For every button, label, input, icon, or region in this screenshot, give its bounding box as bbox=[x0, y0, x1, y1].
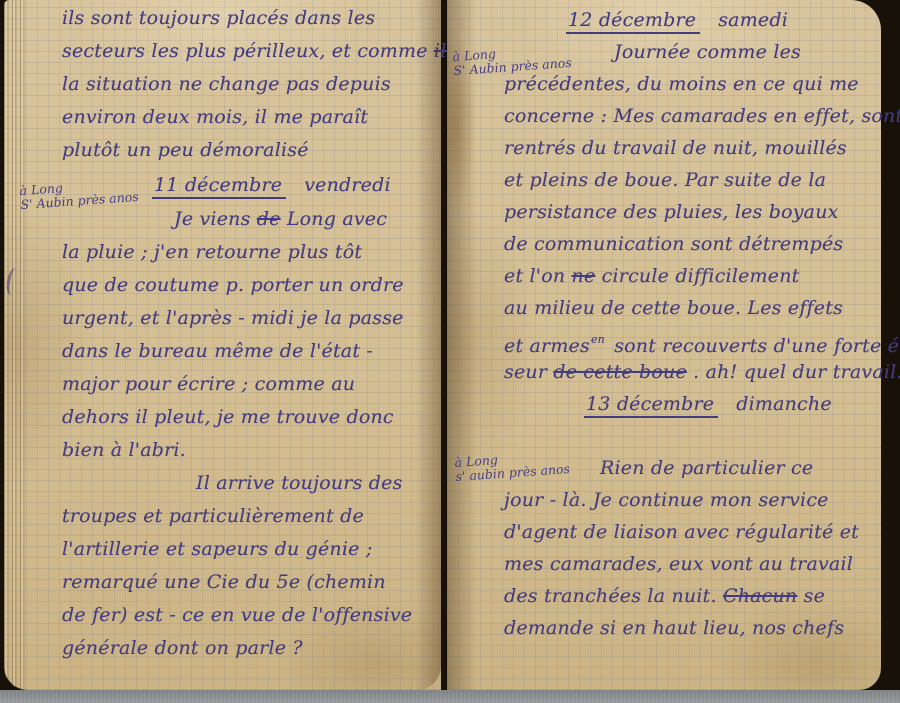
handwritten-line: générale dont on parle ? bbox=[62, 632, 434, 665]
entry-day: vendredi bbox=[304, 174, 391, 196]
text-segment: se bbox=[797, 585, 825, 607]
handwritten-line: l'artillerie et sapeurs du génie ; bbox=[62, 533, 434, 566]
handwritten-line: rentrés du travail de nuit, mouillés bbox=[504, 132, 876, 164]
handwritten-line: jour - là. Je continue mon service bbox=[504, 484, 876, 516]
handwritten-line: major pour écrire ; comme au bbox=[62, 368, 434, 401]
handwritten-line: et l'on ne circule difficilement bbox=[504, 260, 876, 292]
handwritten-line: dans le bureau même de l'état - bbox=[62, 335, 434, 368]
handwritten-line: Je viens de Long avec bbox=[62, 203, 434, 236]
entry-day: samedi bbox=[718, 9, 788, 31]
handwritten-line: et pleins de boue. Par suite de la bbox=[504, 164, 876, 196]
handwritten-line: concerne : Mes camarades en effet, sont bbox=[504, 100, 876, 132]
struck-word: Chacun bbox=[723, 585, 797, 607]
entry-heading: 11 décembrevendredi bbox=[62, 167, 434, 203]
handwritten-line: Il arrive toujours des bbox=[62, 467, 434, 500]
text-segment: et l'on bbox=[504, 265, 572, 287]
entry-date: 12 décembre bbox=[566, 9, 700, 34]
page-edge-stack bbox=[4, 0, 26, 690]
entry-date: 11 décembre bbox=[152, 174, 286, 199]
handwritten-line: environ deux mois, il me paraît bbox=[62, 101, 434, 134]
text-segment: . ah! quel dur travail. bbox=[687, 361, 900, 383]
struck-phrase: de cette boue bbox=[553, 361, 687, 383]
handwritten-line: plutôt un peu démoralisé bbox=[62, 134, 434, 167]
handwritten-line: demande si en haut lieu, nos chefs bbox=[504, 612, 876, 644]
handwritten-line: la situation ne change pas depuis bbox=[62, 68, 434, 101]
handwritten-line: troupes et particulièrement de bbox=[62, 500, 434, 533]
handwritten-line: des tranchées la nuit. Chacun se bbox=[504, 580, 876, 612]
entry-date: 13 décembre bbox=[584, 393, 718, 418]
text-segment: Je viens bbox=[174, 208, 257, 230]
text-segment: des tranchées la nuit. bbox=[504, 585, 723, 607]
text-segment: Long avec bbox=[281, 208, 387, 230]
handwritten-line: de fer) est - ce en vue de l'offensive bbox=[62, 599, 434, 632]
handwritten-line: Journée comme les bbox=[504, 36, 876, 68]
handwritten-line: que de coutume p. porter un ordre bbox=[62, 269, 434, 302]
right-page: à Long S' Aubin près anos à Long s' aubi… bbox=[447, 0, 881, 690]
handwritten-line: de communication sont détrempés bbox=[504, 228, 876, 260]
handwritten-line: seur de cette boue . ah! quel dur travai… bbox=[504, 356, 876, 388]
entry-heading: 12 décembresamedi bbox=[504, 4, 876, 36]
handwritten-line: précédentes, du moins en ce qui me bbox=[504, 68, 876, 100]
left-page-text: ils sont toujours placés dans les secteu… bbox=[62, 2, 434, 665]
left-page: à Long S' Aubin près anos ils sont toujo… bbox=[4, 0, 441, 690]
spacer-line bbox=[504, 420, 876, 452]
handwritten-line: la pluie ; j'en retourne plus tôt bbox=[62, 236, 434, 269]
inserted-word: en bbox=[591, 333, 605, 346]
text-segment: sont recouverts d'une forte épais- bbox=[608, 335, 900, 357]
handwritten-line: Rien de particulier ce bbox=[504, 452, 876, 484]
handwritten-line: remarqué une Cie du 5e (chemin bbox=[62, 566, 434, 599]
diary-photo: à Long S' Aubin près anos ils sont toujo… bbox=[0, 0, 900, 703]
handwritten-line: persistance des pluies, les boyaux bbox=[504, 196, 876, 228]
handwritten-line: urgent, et l'après - midi je la passe bbox=[62, 302, 434, 335]
text-segment: et armes bbox=[504, 335, 590, 357]
text-segment: secteurs les plus périlleux, et comme bbox=[62, 40, 434, 62]
struck-word: ne bbox=[572, 265, 596, 287]
table-surface bbox=[0, 690, 900, 703]
handwritten-line: dehors il pleut, je me trouve donc bbox=[62, 401, 434, 434]
handwritten-line: mes camarades, eux vont au travail bbox=[504, 548, 876, 580]
handwritten-line: au milieu de cette boue. Les effets bbox=[504, 292, 876, 324]
handwritten-line: bien à l'abri. bbox=[62, 434, 434, 467]
text-segment: circule difficilement bbox=[595, 265, 799, 287]
entry-day: dimanche bbox=[736, 393, 832, 415]
struck-word: de bbox=[257, 208, 281, 230]
handwritten-line: ils sont toujours placés dans les bbox=[62, 2, 434, 35]
right-page-text: 12 décembresamedi Journée comme les préc… bbox=[504, 4, 876, 644]
handwritten-line: d'agent de liaison avec régularité et bbox=[504, 516, 876, 548]
handwritten-line: et armesen sont recouverts d'une forte é… bbox=[504, 324, 876, 356]
entry-heading: 13 décembredimanche bbox=[504, 388, 876, 420]
handwritten-line: secteurs les plus périlleux, et comme il… bbox=[62, 35, 434, 68]
text-segment: seur bbox=[504, 361, 553, 383]
